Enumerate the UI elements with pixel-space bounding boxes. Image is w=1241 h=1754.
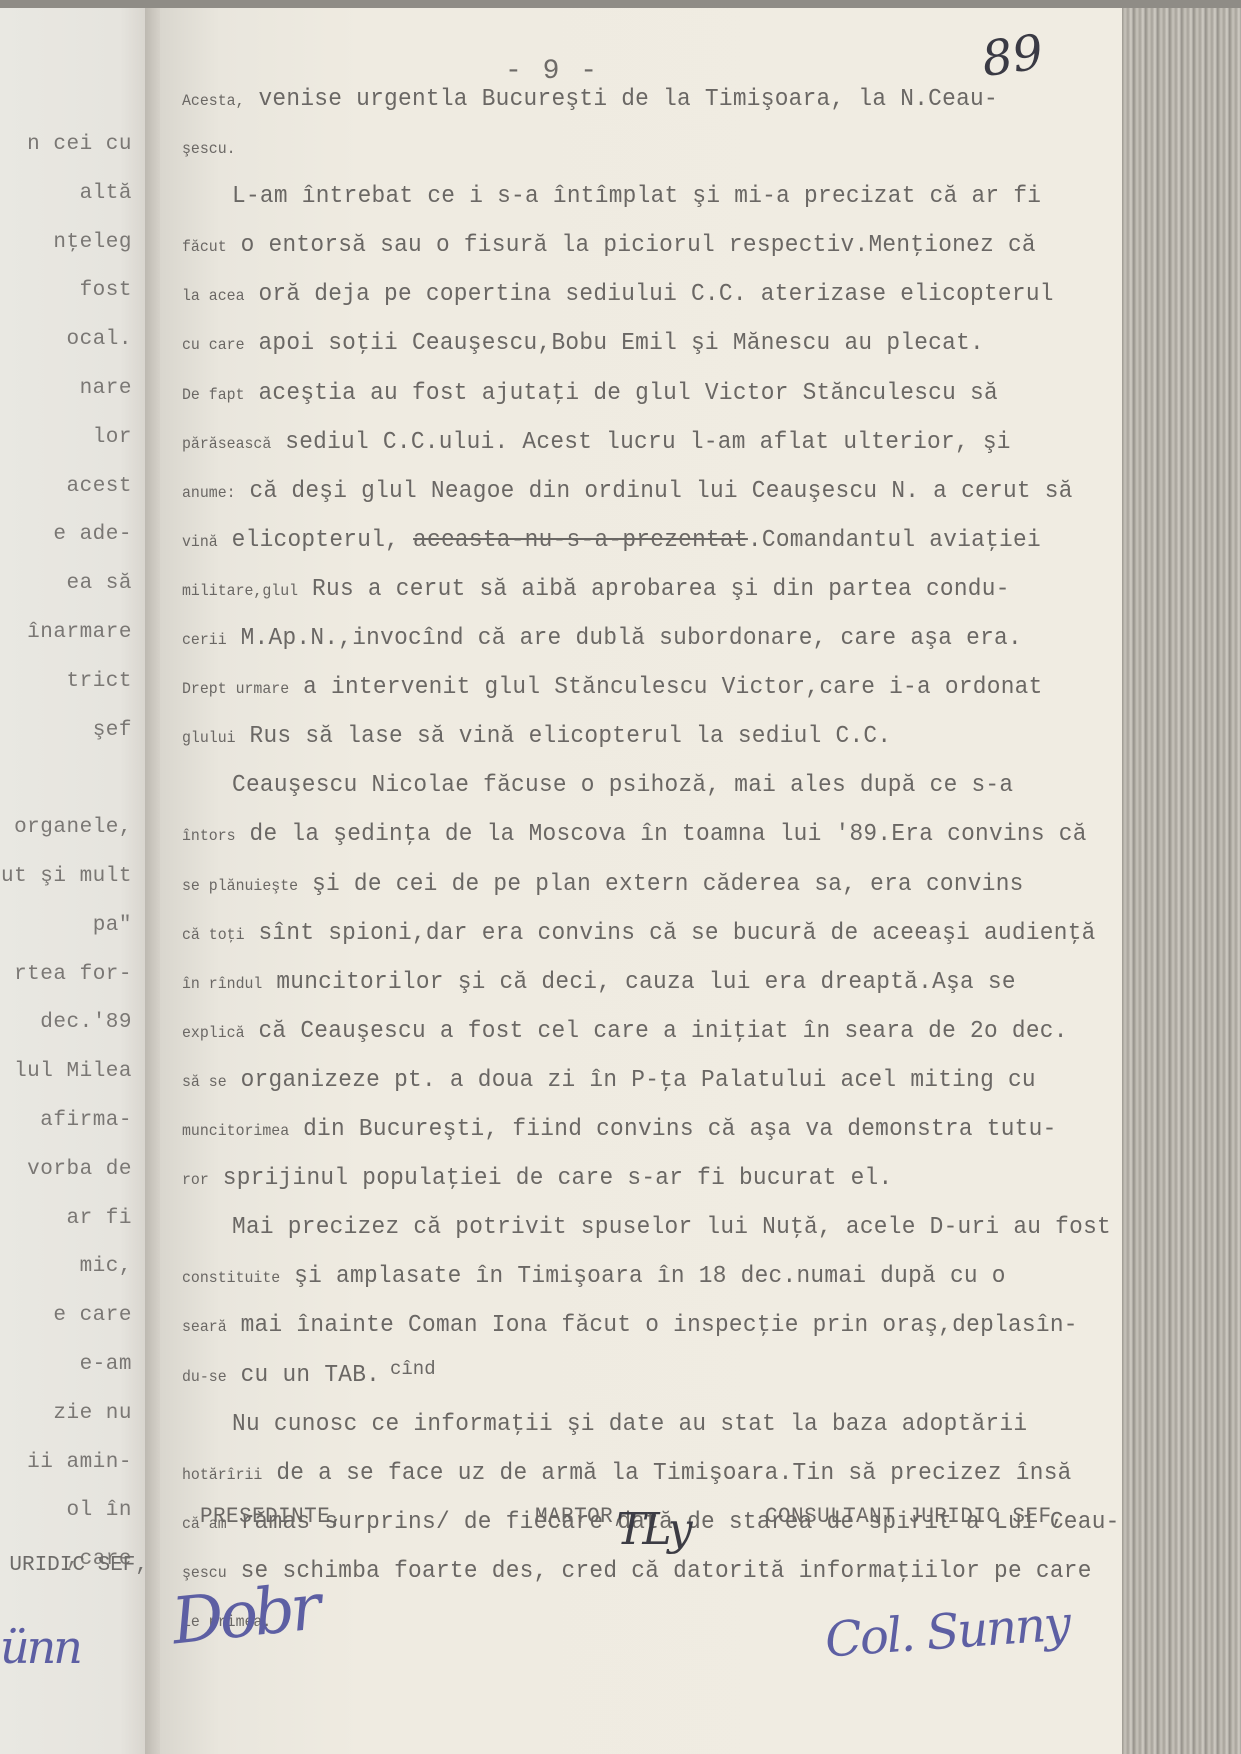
- line-prefix: şescu: [182, 1564, 227, 1582]
- previous-page-text-fragment: e ade-: [53, 523, 132, 546]
- text-line: De fapt aceştia au fost ajutaţi de glul …: [182, 380, 998, 407]
- previous-page-text-fragment: trict: [66, 670, 132, 693]
- line-prefix: să se: [182, 1073, 227, 1091]
- line-text: cu un TAB.: [227, 1362, 380, 1389]
- previous-page-text-fragment: fost: [80, 279, 132, 302]
- previous-page-text-fragment: afirma-: [40, 1109, 132, 1132]
- previous-page-text-fragment: ol în: [66, 1499, 132, 1522]
- line-prefix: că toţi: [182, 926, 245, 944]
- text-line: cerii M.Ap.N.,invocînd că are dublă subo…: [182, 625, 1022, 652]
- witness-signature: TLy: [616, 1504, 690, 1555]
- text-line: vină elicopterul, aceasta-nu-s-a-prezent…: [182, 527, 1041, 554]
- scan-top-edge: [0, 0, 1241, 8]
- line-text: elicopterul,: [218, 527, 413, 554]
- line-suffix: .Comandantul aviaţiei: [748, 527, 1041, 554]
- text-line: Acesta, venise urgentla Bucureşti de la …: [182, 86, 998, 113]
- line-prefix: întors: [182, 827, 236, 845]
- line-prefix: în rîndul: [182, 975, 262, 993]
- line-text: se schimba foarte des, cred că datorită …: [227, 1558, 1092, 1585]
- line-prefix: Drept urmare: [182, 680, 289, 698]
- text-line: Mai precizez că potrivit spuselor lui Nu…: [232, 1214, 1111, 1241]
- previous-page-text-fragment: înarmare: [27, 621, 132, 644]
- line-text: din Bucureşti, fiind convins că aşa va d…: [289, 1116, 1056, 1143]
- text-line: anume: că deşi glul Neagoe din ordinul l…: [182, 478, 1073, 505]
- line-prefix: militare,glul: [182, 582, 298, 600]
- previous-page-signature: ünn: [0, 1620, 80, 1674]
- line-prefix: Acesta,: [182, 92, 245, 110]
- previous-page-text-fragment: nare: [80, 377, 132, 400]
- line-prefix: explică: [182, 1024, 245, 1042]
- line-prefix: părăsească: [182, 435, 271, 453]
- interlinear-insertion: cînd: [390, 1358, 436, 1380]
- text-line: L-am întrebat ce i s-a întîmplat şi mi-a…: [232, 183, 1041, 210]
- line-text: sediul C.C.ului. Acest lucru l-am aflat …: [271, 429, 1010, 456]
- line-prefix: glului: [182, 729, 236, 747]
- line-prefix: seară: [182, 1318, 227, 1336]
- previous-page-text-fragment: şef: [93, 719, 132, 742]
- line-text: sprijinul populaţiei de care s-ar fi buc…: [209, 1165, 893, 1192]
- previous-page-text-fragment: rtea for-: [14, 963, 132, 986]
- previous-page-text-fragment: lul Milea: [14, 1060, 132, 1083]
- line-text: că Ceauşescu a fost cel care a iniţiat î…: [245, 1018, 1068, 1045]
- text-line: şescu se schimba foarte des, cred că dat…: [182, 1558, 1092, 1585]
- line-text: că deşi glul Neagoe din ordinul lui Ceau…: [236, 478, 1073, 505]
- line-text: organizeze pt. a doua zi în P-ţa Palatul…: [227, 1067, 1036, 1094]
- previous-page-text-fragment: dec.'89: [40, 1011, 132, 1034]
- line-text: L-am întrebat ce i s-a întîmplat şi mi-a…: [232, 183, 1041, 210]
- previous-page-text-fragment: pa": [93, 914, 132, 937]
- consultant-label: CONSULTANT JURIDIC SEF,: [765, 1503, 1065, 1529]
- line-prefix: anume:: [182, 484, 236, 502]
- line-text: Ceauşescu Nicolae făcuse o psihoză, mai …: [232, 772, 1013, 799]
- text-line: muncitorimea din Bucureşti, fiind convin…: [182, 1116, 1057, 1143]
- line-text: Rus să lase să vină elicopterul la sediu…: [236, 723, 892, 750]
- text-line: hotărîrii de a se face uz de armă la Tim…: [182, 1460, 1072, 1487]
- previous-page-text-fragment: e care: [53, 1304, 132, 1327]
- line-prefix: De fapt: [182, 386, 245, 404]
- text-line: Ceauşescu Nicolae făcuse o psihoză, mai …: [232, 772, 1013, 799]
- line-text: Nu cunosc ce informaţii şi date au stat …: [232, 1411, 1027, 1438]
- previous-page-text-fragment: altă: [80, 182, 132, 205]
- line-text: venise urgentla Bucureşti de la Timişoar…: [245, 86, 998, 113]
- line-prefix: vină: [182, 533, 218, 551]
- previous-page-text-fragment: organele,: [14, 816, 132, 839]
- text-line: în rîndul muncitorilor şi că deci, cauza…: [182, 969, 1016, 996]
- line-text: M.Ap.N.,invocînd că are dublă subordonar…: [227, 625, 1022, 652]
- page-number: - 9 -: [505, 56, 599, 87]
- text-line: seară mai înainte Coman Iona făcut o ins…: [182, 1312, 1078, 1339]
- page-stack-edge: [1122, 8, 1241, 1754]
- previous-page-text-fragment: zie nu: [53, 1402, 132, 1425]
- text-line: militare,glul Rus a cerut să aibă aproba…: [182, 576, 1010, 603]
- previous-page-text-fragment: ocal.: [66, 328, 132, 351]
- line-text: aceştia au fost ajutaţi de glul Victor S…: [245, 380, 998, 407]
- text-line: întors de la şedinţa de la Moscova în to…: [182, 821, 1087, 848]
- text-line: făcut o entorsă sau o fisură la piciorul…: [182, 232, 1036, 259]
- line-prefix: hotărîrii: [182, 1466, 262, 1484]
- line-prefix: se plănuieşte: [182, 877, 298, 895]
- previous-page-text-fragment: acest: [66, 475, 132, 498]
- line-text: Mai precizez că potrivit spuselor lui Nu…: [232, 1214, 1111, 1241]
- line-text: sînt spioni,dar era convins că se bucură…: [245, 920, 1096, 947]
- line-text: de a se face uz de armă la Timişoara.Tin…: [262, 1460, 1071, 1487]
- witness-label: MARTOR,: [535, 1503, 626, 1529]
- line-prefix: la acea: [182, 287, 245, 305]
- text-line: ror sprijinul populaţiei de care s-ar fi…: [182, 1165, 892, 1192]
- previous-page-text-fragment: ea să: [66, 572, 132, 595]
- line-prefix: du-se: [182, 1368, 227, 1386]
- line-text: muncitorilor şi că deci, cauza lui era d…: [262, 969, 1015, 996]
- president-signature: Dobr: [169, 1571, 321, 1660]
- president-label: PRESEDINTE,: [200, 1503, 343, 1529]
- line-prefix: cerii: [182, 631, 227, 649]
- previous-page-text-fragment: lor: [93, 426, 132, 449]
- line-prefix: constituite: [182, 1269, 280, 1287]
- line-text: de la şedinţa de la Moscova în toamna lu…: [236, 821, 1087, 848]
- text-line: se plănuieşte şi de cei de pe plan exter…: [182, 871, 1024, 898]
- line-text: mai înainte Coman Iona făcut o inspecţie…: [227, 1312, 1078, 1339]
- line-text: o entorsă sau o fisură la piciorul respe…: [227, 232, 1036, 259]
- text-line: explică că Ceauşescu a fost cel care a i…: [182, 1018, 1068, 1045]
- line-prefix: şescu.: [182, 140, 236, 158]
- previous-page-text-fragment: e-am: [80, 1353, 132, 1376]
- text-line: Drept urmare a intervenit glul Stăncules…: [182, 674, 1043, 701]
- line-prefix: muncitorimea: [182, 1122, 289, 1140]
- text-line: Nu cunosc ce informaţii şi date au stat …: [232, 1411, 1027, 1438]
- struck-text: aceasta-nu-s-a-prezentat: [413, 527, 748, 554]
- handwritten-folio-number: 89: [978, 24, 1046, 88]
- text-line: părăsească sediul C.C.ului. Acest lucru …: [182, 429, 1011, 456]
- text-line: constituite şi amplasate în Timişoara în…: [182, 1263, 1006, 1290]
- previous-page-text-fragment: ar fi: [66, 1207, 132, 1230]
- text-line: că toţi sînt spioni,dar era convins că s…: [182, 920, 1096, 947]
- line-text: şi amplasate în Timişoara în 18 dec.numa…: [280, 1263, 1006, 1290]
- previous-page-footer-label: URIDIC SEF,: [0, 1554, 150, 1577]
- line-text: şi de cei de pe plan extern căderea sa, …: [298, 871, 1024, 898]
- text-line: du-se cu un TAB.: [182, 1362, 380, 1389]
- line-text: apoi soţii Ceauşescu,Bobu Emil şi Mănesc…: [245, 330, 984, 357]
- previous-page-text-fragment: n cei cu: [27, 133, 132, 156]
- line-prefix: făcut: [182, 238, 227, 256]
- previous-page-text-fragment: nţeleg: [53, 231, 132, 254]
- text-line: la acea oră deja pe copertina sediului C…: [182, 281, 1054, 308]
- text-line: şescu.: [182, 134, 236, 161]
- line-text: Rus a cerut să aibă aprobarea şi din par…: [298, 576, 1010, 603]
- previous-page-edge: n cei cualtănţelegfostocal.nareloraceste…: [0, 8, 150, 1754]
- text-line: cu care apoi soţii Ceauşescu,Bobu Emil ş…: [182, 330, 984, 357]
- previous-page-text-fragment: vorba de: [27, 1158, 132, 1181]
- line-text: a intervenit glul Stănculescu Victor,car…: [289, 674, 1042, 701]
- previous-page-text-fragment: ut şi mult: [1, 865, 132, 888]
- line-text: oră deja pe copertina sediului C.C. ater…: [245, 281, 1054, 308]
- previous-page-text-fragment: ii amin-: [27, 1451, 132, 1474]
- text-line: să se organizeze pt. a doua zi în P-ţa P…: [182, 1067, 1036, 1094]
- text-line: glului Rus să lase să vină elicopterul l…: [182, 723, 891, 750]
- previous-page-text-fragment: mic,: [80, 1255, 132, 1278]
- line-prefix: ror: [182, 1171, 209, 1189]
- line-prefix: cu care: [182, 336, 245, 354]
